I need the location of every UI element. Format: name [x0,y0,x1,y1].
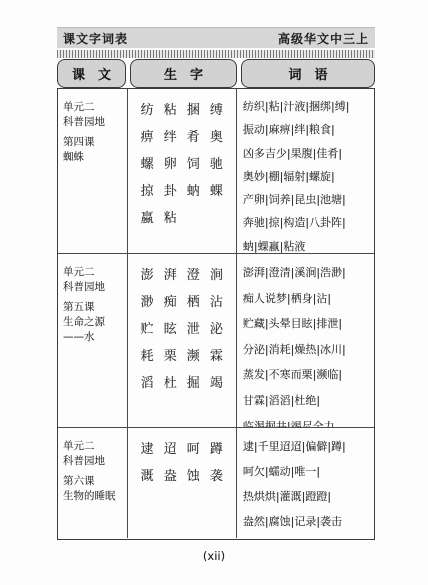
character: 贮 [136,318,159,337]
word-line: 贮藏|头晕目眩|排泄| [243,311,372,337]
word-line: 纺织|粘|汁液|捆绑|缚| [243,95,372,118]
character: 栖 [182,291,205,310]
page-number: (xii) [0,549,428,563]
character-line: 螺卵饲驰 [136,149,228,176]
lesson-cell: 单元二 科普园地 第五课 生命之源——水 [58,254,128,427]
character-line: 澎湃澄涧 [136,260,228,287]
column-header-lesson: 课 文 [57,59,126,88]
character: 呵 [182,438,205,457]
character: 痴 [159,291,182,310]
lesson-title: 生物的睡眠 [63,489,124,504]
word-line: 奔驰|掠|构造|八卦阵| [243,211,372,234]
page-header-bar: 课文字词表 高级华文中三上 [57,27,375,48]
word-line: 甘霖|滔滔|杜绝| [243,388,372,414]
character: 螺 [136,153,159,172]
character: 奥 [205,126,228,145]
table-row: 单元二 科普园地 第五课 生命之源——水 澎湃澄涧 渺痴栖沾 贮眩泄泌 耗栗濒霖… [58,254,374,428]
word-line: 奥妙|棚|辐射|螺旋| [243,165,372,188]
word-line: 痴人说梦|栖身|沾| [243,286,372,312]
lesson-cell: 单元二 科普园地 第六课 生物的睡眠 [58,428,128,538]
character: 蚋 [182,180,205,199]
lesson-number: 第五课 [63,300,124,315]
character: 沾 [205,291,228,310]
character-line: 溉盎蚀袭 [136,461,228,488]
character-line: 蠃粘 [136,203,228,230]
character-line: 渺痴栖沾 [136,287,228,314]
character: 迢 [159,438,182,457]
textbook-page: 课文字词表 高级华文中三上 课 文 生 字 词 语 单元二 科普园地 第四课 蜘… [0,0,428,585]
character-line: 纺粘捆缚 [136,95,228,122]
word-line: 分泌|消耗|燥热|冰川| [243,337,372,363]
character: 肴 [182,126,205,145]
word-line: 临渴掘井|竭尽全力 [243,414,372,427]
character-line: 滔杜掘竭 [136,368,228,395]
lesson-unit: 单元二 [63,265,124,280]
column-header-characters: 生 字 [130,59,237,88]
header-right-title: 高级华文中三上 [278,30,369,47]
new-characters-cell: 澎湃澄涧 渺痴栖沾 贮眩泄泌 耗栗濒霖 滔杜掘竭 [128,254,237,427]
words-cell: 逮|千里迢迢|偏僻|蹲| 呵欠|蠕动|唯一| 热烘烘|灌溉|蹬蹬| 盎然|腐蚀|… [237,428,374,538]
lesson-title: 生命之源——水 [63,315,124,345]
character: 竭 [205,372,228,391]
character: 濒 [182,345,205,364]
lesson-number: 第四课 [63,135,124,150]
table-row: 单元二 科普园地 第四课 蜘蛛 纺粘捆缚 痹绊肴奥 螺卵饲驰 掠卦蚋蜾 蠃粘 纺… [58,89,374,254]
character: 蚀 [182,465,205,484]
new-characters-cell: 纺粘捆缚 痹绊肴奥 螺卵饲驰 掠卦蚋蜾 蠃粘 [128,89,237,253]
character: 饲 [182,153,205,172]
character: 掠 [136,180,159,199]
character: 栗 [159,345,182,364]
decorative-stripe-band [57,50,375,58]
character: 涧 [205,264,228,283]
vocabulary-table-body: 单元二 科普园地 第四课 蜘蛛 纺粘捆缚 痹绊肴奥 螺卵饲驰 掠卦蚋蜾 蠃粘 纺… [57,88,375,540]
character-line: 掠卦蚋蜾 [136,176,228,203]
character: 泄 [182,318,205,337]
character: 滔 [136,372,159,391]
character: 蜾 [205,180,228,199]
table-header-row: 课 文 生 字 词 语 [57,59,375,88]
character: 渺 [136,291,159,310]
word-line: 热烘烘|灌溉|蹬蹬| [243,484,372,509]
lesson-title: 蜘蛛 [63,150,124,165]
word-line: 呵欠|蠕动|唯一| [243,459,372,484]
word-line: 逮|千里迢迢|偏僻|蹲| [243,434,372,459]
word-line: 振动|麻痹|绊|粮食| [243,118,372,141]
character: 袭 [205,465,228,484]
word-line: 澎湃|澄清|溪涧|浩渺| [243,260,372,286]
column-header-words: 词 语 [241,59,375,88]
character: 捆 [182,99,205,118]
character: 澎 [136,264,159,283]
new-characters-cell: 逮迢呵蹲 溉盎蚀袭 [128,428,237,538]
word-line: 凶多吉少|果腹|佳肴| [243,142,372,165]
character-line: 逮迢呵蹲 [136,434,228,461]
character: 驰 [205,153,228,172]
header-left-title: 课文字词表 [63,30,128,47]
character-line: 耗栗濒霖 [136,341,228,368]
character: 溉 [136,465,159,484]
character: 痹 [136,126,159,145]
word-line: 产卵|饲养|昆虫|池塘| [243,188,372,211]
character: 湃 [159,264,182,283]
table-row: 单元二 科普园地 第六课 生物的睡眠 逮迢呵蹲 溉盎蚀袭 逮|千里迢迢|偏僻|蹲… [58,428,374,538]
character: 蠃 [136,207,159,226]
lesson-theme: 科普园地 [63,454,124,469]
character: 蹲 [205,438,228,457]
character: 泌 [205,318,228,337]
character: 粘 [159,99,182,118]
character-line: 痹绊肴奥 [136,122,228,149]
character: 澄 [182,264,205,283]
character: 缚 [205,99,228,118]
character: 耗 [136,345,159,364]
character: 逮 [136,438,159,457]
words-cell: 纺织|粘|汁液|捆绑|缚| 振动|麻痹|绊|粮食| 凶多吉少|果腹|佳肴| 奥妙… [237,89,374,253]
character-line: 贮眩泄泌 [136,314,228,341]
character: 粘 [159,207,182,226]
words-cell: 澎湃|澄清|溪涧|浩渺| 痴人说梦|栖身|沾| 贮藏|头晕目眩|排泄| 分泌|消… [237,254,374,427]
word-line: 蒸发|不寒而栗|濒临| [243,362,372,388]
lesson-theme: 科普园地 [63,115,124,130]
word-line: 蚋|蜾蠃|粘液 [243,235,372,253]
lesson-number: 第六课 [63,474,124,489]
character: 霖 [205,345,228,364]
character: 纺 [136,99,159,118]
lesson-unit: 单元二 [63,100,124,115]
character: 掘 [182,372,205,391]
lesson-unit: 单元二 [63,439,124,454]
lesson-theme: 科普园地 [63,280,124,295]
character: 卵 [159,153,182,172]
character: 眩 [159,318,182,337]
word-line: 盎然|腐蚀|记录|袭击 [243,509,372,534]
character: 盎 [159,465,182,484]
lesson-cell: 单元二 科普园地 第四课 蜘蛛 [58,89,128,253]
character: 卦 [159,180,182,199]
character: 绊 [159,126,182,145]
character: 杜 [159,372,182,391]
